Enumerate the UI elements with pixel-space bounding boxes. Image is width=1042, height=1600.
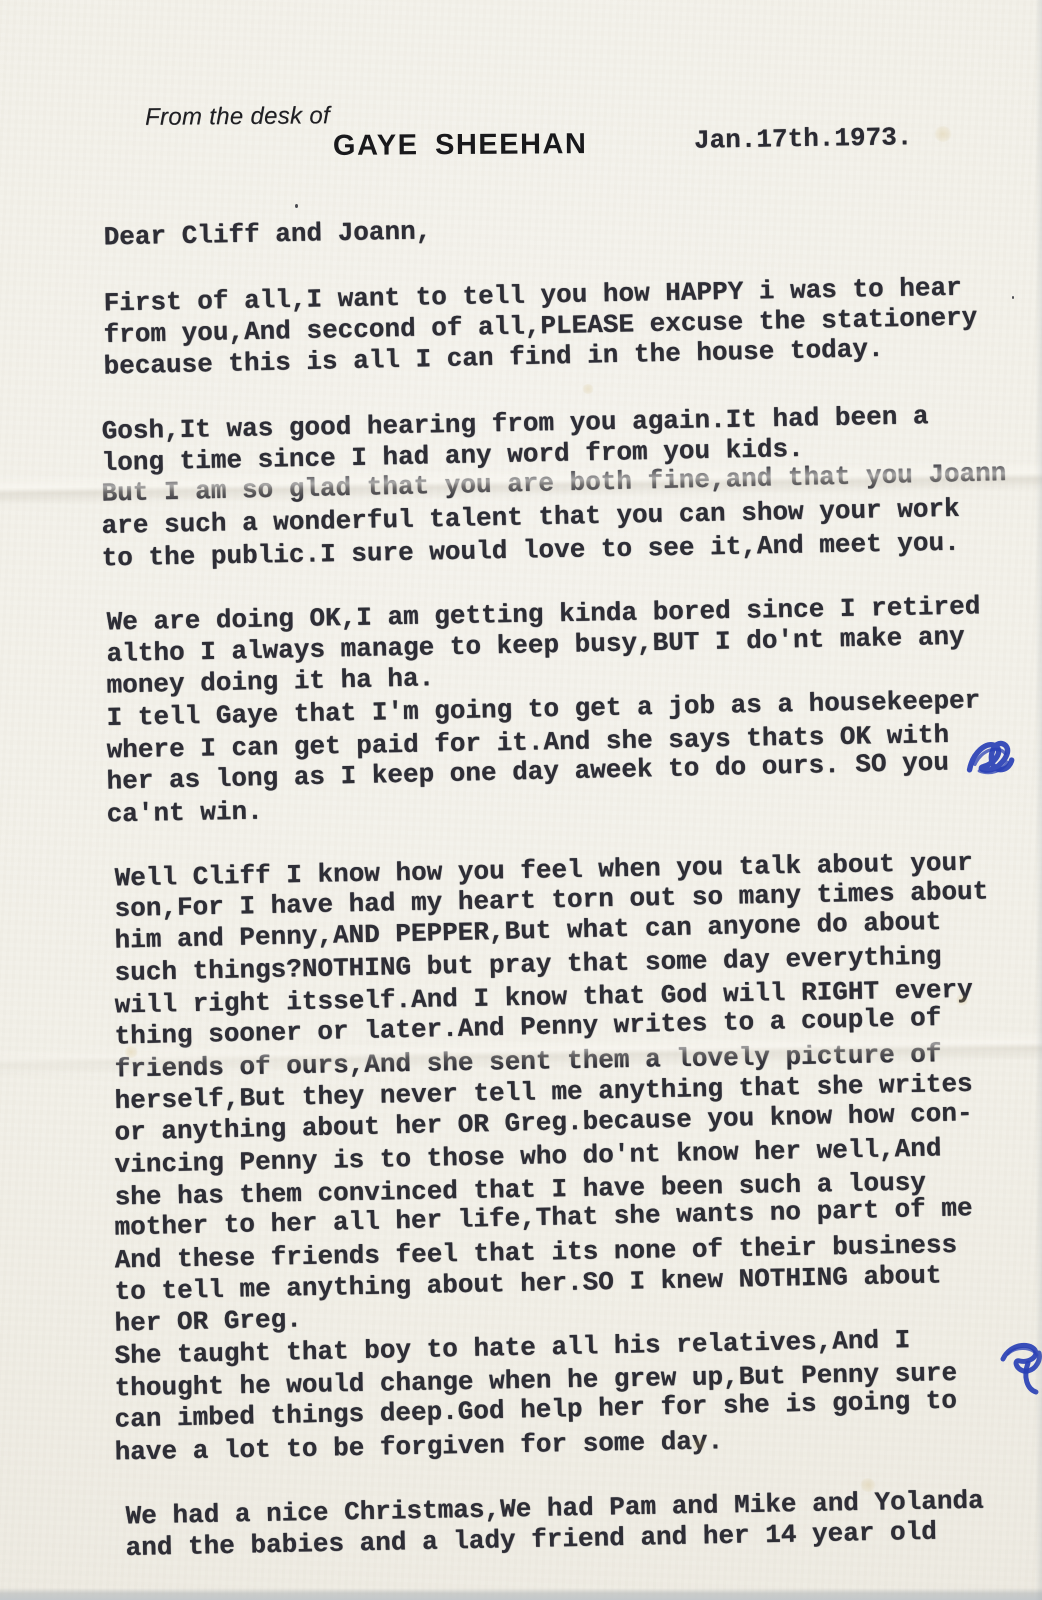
- paragraph: We are doing OK,I am getting kinda bored…: [107, 607, 1042, 830]
- letter-line: her OR Greg.: [114, 1305, 302, 1341]
- scan-bottom-edge: [0, 1588, 1042, 1600]
- letter-page: From the desk of GAYE SHEEHAN Jan.17th.1…: [0, 0, 1042, 1600]
- blue-ink-scribble-2: [998, 1332, 1042, 1400]
- paragraph: Well Cliff I know how you feel when you …: [115, 863, 1042, 1469]
- blue-ink-scribble-1: [962, 732, 1016, 786]
- paragraph: We had a nice Christmas,We had Pam and M…: [126, 1501, 1042, 1565]
- ink-speck: [295, 204, 298, 208]
- letter-body: Dear Cliff and Joann, First of all,I wan…: [104, 222, 1042, 1565]
- letterhead-name: GAYE SHEEHAN: [333, 128, 588, 163]
- salutation: Dear Cliff and Joann,: [103, 216, 431, 254]
- paragraph: First of all,I want to tell you how HAPP…: [104, 288, 1042, 384]
- letter-line: ca'nt win.: [106, 796, 263, 831]
- letter-date: Jan.17th.1973.: [694, 122, 913, 155]
- letterhead-from-line: From the desk of: [145, 102, 330, 132]
- paragraph: Gosh,It was good hearing from you again.…: [102, 416, 1042, 576]
- letter-body-paragraphs: First of all,I want to tell you how HAPP…: [104, 288, 1042, 1565]
- paper-stain: [934, 126, 952, 142]
